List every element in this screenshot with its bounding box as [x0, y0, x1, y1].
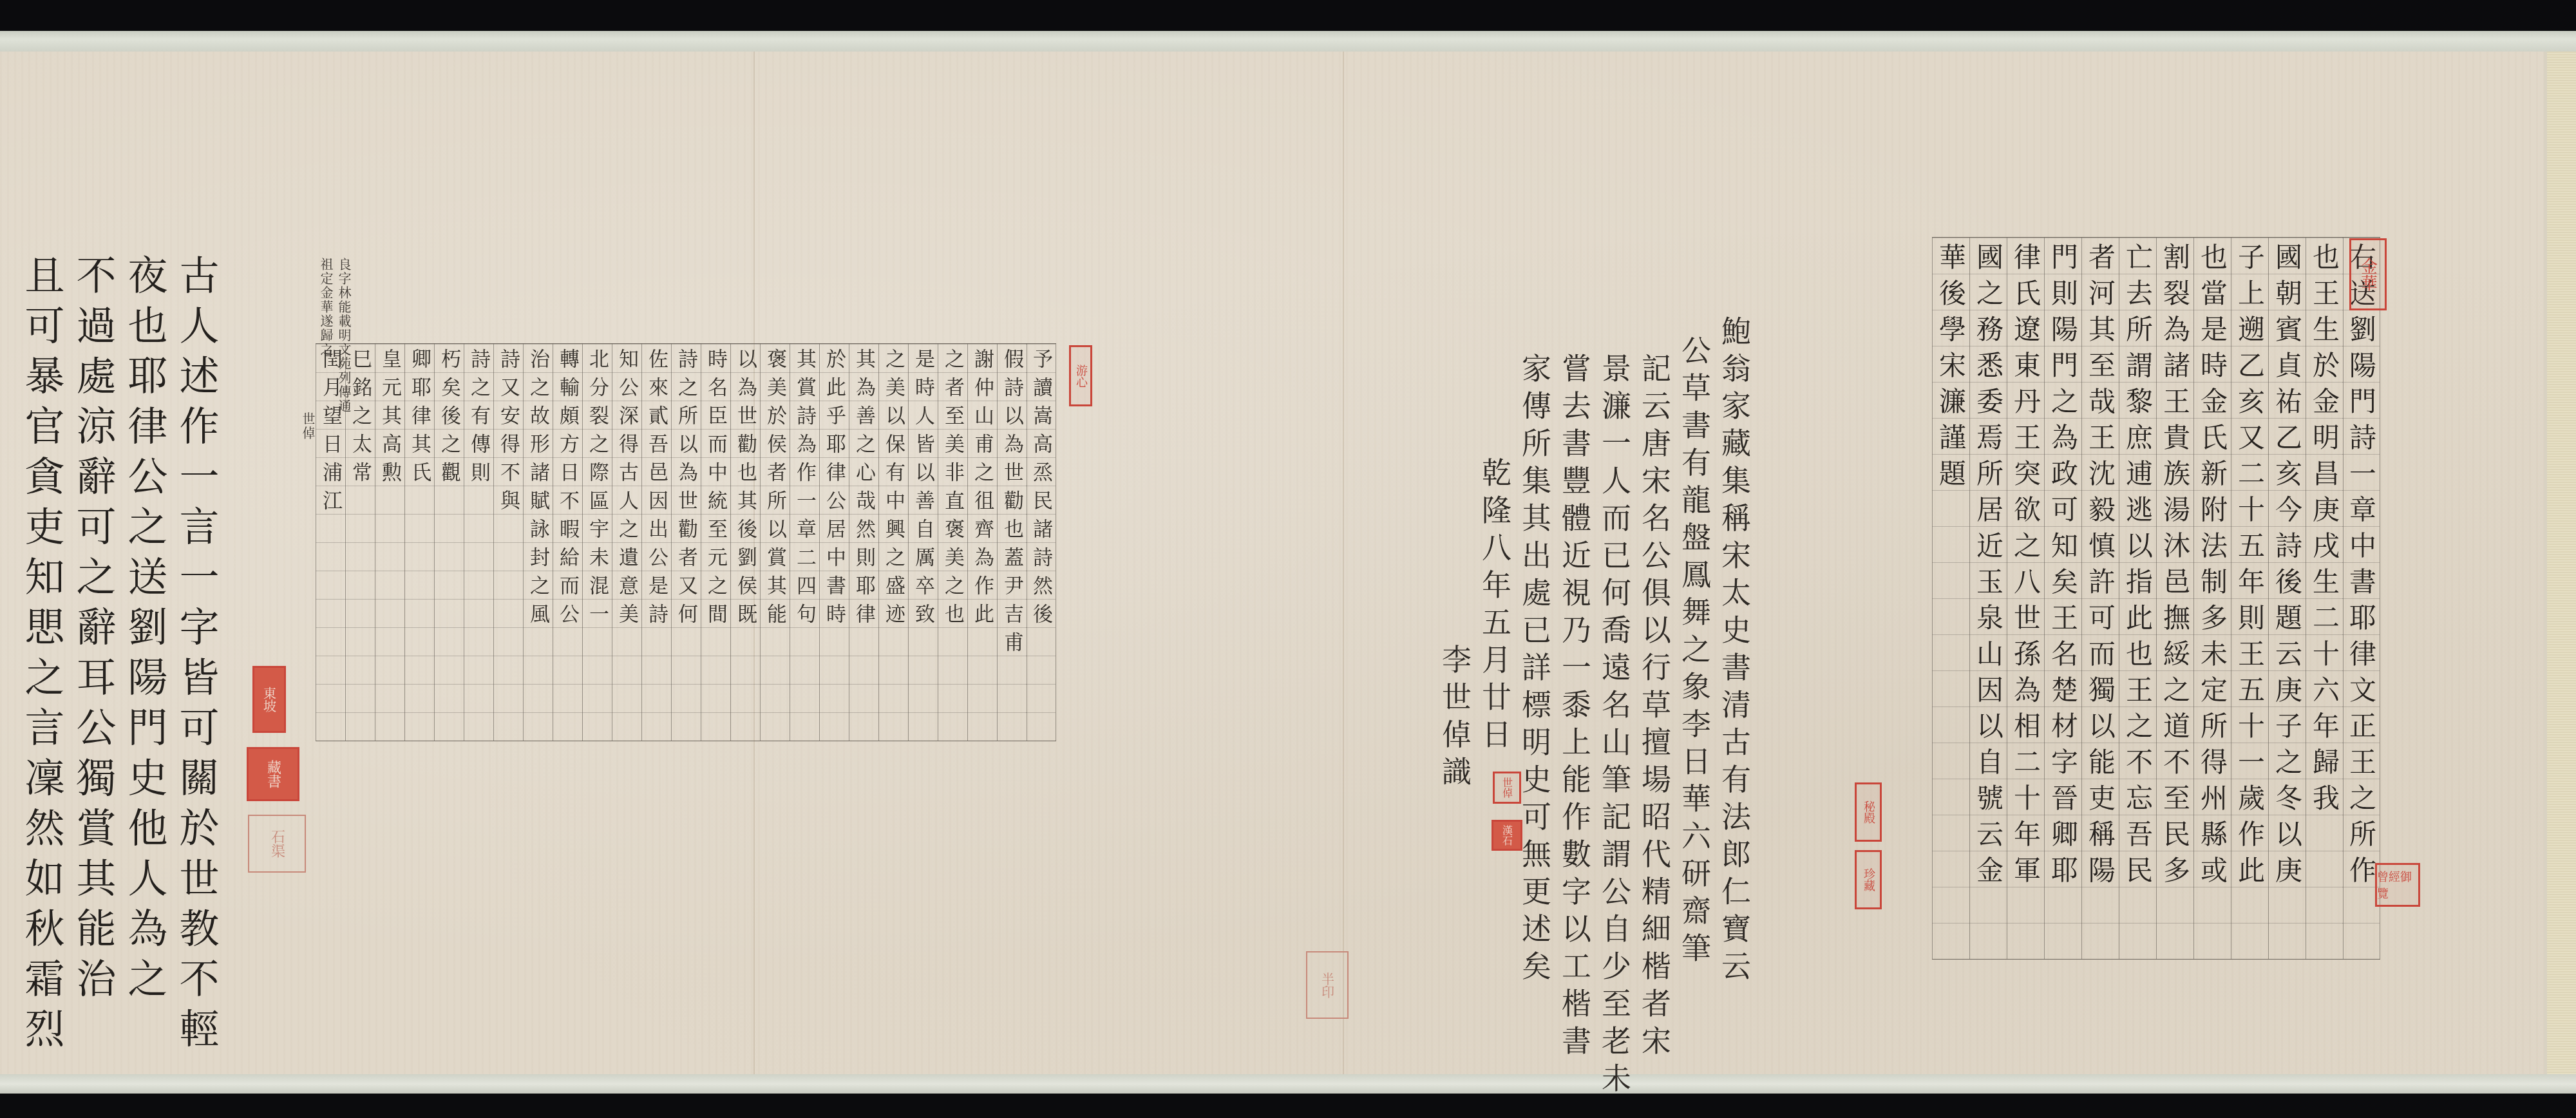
character-cell: 毅 [2081, 490, 2119, 526]
character-cell: 其 [375, 401, 404, 429]
character-cell: 後 [1932, 274, 1969, 310]
character-cell: 祐 [2268, 382, 2306, 418]
character-cell: 軍 [2007, 851, 2044, 887]
character-cell: 可 [2044, 490, 2081, 526]
character-cell: 詩 [464, 344, 493, 372]
character-cell: 不 [493, 457, 523, 486]
character-cell: 之 [523, 571, 553, 599]
character-cell [997, 712, 1027, 741]
character-cell: 心 [849, 457, 878, 486]
character-cell [938, 712, 967, 741]
character-cell [2306, 815, 2343, 851]
character-cell: 慎 [2081, 526, 2119, 562]
character-cell [997, 656, 1027, 684]
character-cell: 日 [553, 457, 582, 486]
character-cell [1932, 815, 1969, 851]
character-cell: 高 [375, 429, 404, 457]
character-cell [701, 684, 730, 712]
character-cell: 非 [938, 457, 967, 486]
character-cell: 詩 [997, 372, 1027, 401]
character-cell [404, 712, 434, 741]
character-cell: 盛 [878, 571, 908, 599]
character-cell: 皆 [908, 429, 938, 457]
character-cell [1969, 923, 2007, 959]
character-cell [1932, 526, 1969, 562]
character-cell: 之 [2044, 382, 2081, 418]
character-cell: 材 [2044, 706, 2081, 743]
character-cell [464, 627, 493, 656]
character-cell: 得 [493, 429, 523, 457]
character-cell: 氏 [404, 457, 434, 486]
character-cell: 後 [434, 401, 464, 429]
character-cell: 安 [493, 401, 523, 429]
character-cell: 氏 [2007, 274, 2044, 310]
character-cell: 名 [2044, 634, 2081, 670]
character-cell [553, 656, 582, 684]
character-cell: 嵩 [1026, 401, 1056, 429]
character-cell: 政 [2044, 454, 2081, 490]
text-column: 且可暴官貪吏知愳之言凜然如秋霜烈 [13, 254, 70, 1058]
character-cell: 族 [2156, 454, 2193, 490]
character-cell: 可 [2081, 598, 2119, 634]
character-cell: 二 [2231, 454, 2268, 490]
character-cell [730, 684, 760, 712]
character-cell: 公 [641, 542, 671, 571]
character-cell: 皇 [375, 344, 404, 372]
character-cell: 美 [612, 599, 641, 627]
seal-left-grid: 游心 [1069, 345, 1092, 406]
character-cell [1932, 743, 1969, 779]
character-cell: 來 [641, 372, 671, 401]
character-cell: 或 [2193, 851, 2231, 887]
character-cell: 有 [464, 401, 493, 429]
character-cell: 也 [2306, 238, 2343, 274]
character-cell [641, 712, 671, 741]
character-cell: 厲 [908, 542, 938, 571]
character-cell [2119, 887, 2156, 923]
character-cell: 也 [938, 599, 967, 627]
character-cell: 四 [790, 571, 819, 599]
text-column: 佐來貳吾邑因出公是詩 [641, 344, 671, 741]
character-cell [2306, 923, 2343, 959]
character-cell: 獨 [2081, 670, 2119, 706]
character-cell: 為 [2044, 418, 2081, 454]
character-cell: 定 [2193, 670, 2231, 706]
character-cell: 章 [790, 514, 819, 542]
character-cell [375, 599, 404, 627]
character-cell: 甫 [997, 627, 1027, 656]
character-cell [316, 599, 345, 627]
character-cell [434, 712, 464, 741]
character-cell [878, 656, 908, 684]
character-cell: 詩 [790, 401, 819, 429]
text-column: 謝仲山甫之徂齊為作此 [967, 344, 997, 741]
character-cell [404, 514, 434, 542]
paper-join-seam [1343, 52, 1344, 1074]
character-cell [464, 514, 493, 542]
character-cell: 名 [701, 372, 730, 401]
character-cell: 逃 [2119, 490, 2156, 526]
character-cell [760, 656, 790, 684]
text-column: 夜也耶律公之送劉陽門史他人為之 [116, 254, 173, 1008]
character-cell: 褒 [938, 514, 967, 542]
character-cell: 此 [967, 599, 997, 627]
character-cell [553, 627, 582, 656]
character-cell: 為 [2007, 670, 2044, 706]
character-cell: 所 [2119, 310, 2156, 346]
character-cell [493, 656, 523, 684]
character-cell: 之 [2342, 779, 2380, 815]
character-cell: 邑 [2156, 562, 2193, 598]
text-column: 亡去所謂黎庶逋逃以指此也王之不忘吾民 [2119, 238, 2156, 959]
character-cell: 時 [819, 599, 849, 627]
character-cell [316, 514, 345, 542]
character-cell [523, 656, 553, 684]
character-cell: 公 [612, 372, 641, 401]
character-cell: 治 [523, 344, 553, 372]
character-cell: 書 [819, 571, 849, 599]
character-cell: 相 [2007, 706, 2044, 743]
text-column: 詩又安得不與 [493, 344, 523, 741]
character-cell: 混 [582, 571, 612, 599]
seal-left-2: 藏書 [247, 747, 299, 801]
character-cell: 分 [582, 372, 612, 401]
character-cell: 中 [819, 542, 849, 571]
character-cell [375, 656, 404, 684]
character-cell: 勸 [730, 429, 760, 457]
character-cell: 之 [2007, 526, 2044, 562]
text-column: 治之故形諸賦詠封之風 [523, 344, 553, 741]
character-cell: 號 [1969, 779, 2007, 815]
character-cell: 字 [2044, 743, 2081, 779]
character-cell: 不 [2156, 743, 2193, 779]
character-cell: 諸 [1026, 514, 1056, 542]
character-cell: 民 [2156, 815, 2193, 851]
character-cell: 晉 [2044, 779, 2081, 815]
character-cell: 美 [760, 372, 790, 401]
character-cell: 十 [2231, 490, 2268, 526]
character-cell [730, 712, 760, 741]
character-cell: 後 [730, 514, 760, 542]
character-cell: 所 [2193, 706, 2231, 743]
character-cell: 陽 [2081, 851, 2119, 887]
character-cell: 居 [1969, 490, 2007, 526]
character-cell: 道 [2156, 706, 2193, 743]
character-cell: 句 [790, 599, 819, 627]
character-cell: 生 [2306, 310, 2343, 346]
text-column: 北分裂之際區宇未混一 [582, 344, 612, 741]
character-cell: 子 [2231, 238, 2268, 274]
character-cell: 尹 [997, 571, 1027, 599]
character-cell: 門 [2342, 382, 2380, 418]
character-cell: 賦 [523, 486, 553, 514]
character-cell [819, 656, 849, 684]
character-cell: 時 [2193, 346, 2231, 382]
character-cell: 吾 [2119, 815, 2156, 851]
character-cell: 又 [671, 571, 701, 599]
character-cell [345, 571, 375, 599]
character-cell: 美 [938, 542, 967, 571]
character-cell: 然 [1026, 571, 1056, 599]
character-cell [2193, 923, 2231, 959]
character-cell: 亥 [2268, 454, 2306, 490]
character-cell [1932, 923, 1969, 959]
character-cell: 又 [493, 372, 523, 401]
character-cell: 民 [1026, 486, 1056, 514]
character-cell: 深 [612, 401, 641, 429]
character-cell: 我 [2306, 779, 2343, 815]
character-cell: 褒 [760, 344, 790, 372]
character-cell: 近 [1969, 526, 2007, 562]
character-cell: 歸 [2306, 743, 2343, 779]
text-column: 割裂為諸王貴族湯沐邑撫綏之道不至民多 [2156, 238, 2193, 959]
character-cell: 八 [2007, 562, 2044, 598]
character-cell: 有 [878, 457, 908, 486]
character-cell: 詩 [2268, 526, 2306, 562]
character-cell: 題 [1932, 454, 1969, 490]
character-cell [790, 627, 819, 656]
bottom-mounting-silk [0, 1074, 2576, 1094]
text-column: 祖定金華遂歸之 [317, 258, 336, 357]
character-cell [434, 571, 464, 599]
text-column: 世倬 [299, 412, 317, 441]
character-cell: 佐 [641, 344, 671, 372]
character-cell: 年 [2231, 562, 2268, 598]
character-cell: 至 [2156, 779, 2193, 815]
character-cell: 其 [790, 344, 819, 372]
character-cell: 以 [1969, 706, 2007, 743]
character-cell [790, 656, 819, 684]
character-cell: 仲 [967, 372, 997, 401]
character-cell [612, 656, 641, 684]
character-cell: 指 [2119, 562, 2156, 598]
character-cell: 河 [2081, 274, 2119, 310]
character-cell: 二 [790, 542, 819, 571]
character-cell: 撫 [2156, 598, 2193, 634]
character-cell [641, 656, 671, 684]
character-cell: 欲 [2007, 490, 2044, 526]
character-cell: 致 [908, 599, 938, 627]
character-cell: 謹 [1932, 418, 1969, 454]
character-cell: 詩 [641, 599, 671, 627]
character-cell: 此 [819, 372, 849, 401]
character-cell: 突 [2007, 454, 2044, 490]
character-cell: 興 [878, 514, 908, 542]
character-cell: 而 [553, 571, 582, 599]
character-cell: 暇 [553, 514, 582, 542]
character-cell [671, 684, 701, 712]
character-cell: 遼 [2007, 310, 2044, 346]
character-cell [1932, 887, 1969, 923]
character-cell: 輸 [553, 372, 582, 401]
character-cell [819, 712, 849, 741]
character-cell: 遡 [2231, 310, 2268, 346]
character-cell: 於 [2306, 346, 2343, 382]
character-cell [612, 712, 641, 741]
character-cell: 五 [2231, 670, 2268, 706]
character-cell: 其 [730, 486, 760, 514]
character-cell [701, 712, 730, 741]
character-cell: 制 [2193, 562, 2231, 598]
character-cell [2156, 887, 2193, 923]
character-cell [316, 571, 345, 599]
character-cell: 年 [2306, 706, 2343, 743]
character-cell [701, 656, 730, 684]
character-cell: 亡 [2119, 238, 2156, 274]
character-cell: 烝 [1026, 457, 1056, 486]
character-cell: 學 [1932, 310, 1969, 346]
character-cell: 之 [938, 571, 967, 599]
character-cell: 沈 [2081, 454, 2119, 490]
character-cell [493, 599, 523, 627]
character-cell: 吉 [997, 599, 1027, 627]
character-cell: 之 [878, 542, 908, 571]
character-cell [345, 684, 375, 712]
character-cell [849, 627, 878, 656]
character-cell [375, 684, 404, 712]
character-cell: 王 [2007, 418, 2044, 454]
character-cell: 風 [523, 599, 553, 627]
text-column: 予讀嵩高烝民諸詩然後 [1027, 344, 1056, 741]
character-cell [760, 712, 790, 741]
character-cell: 為 [2156, 310, 2193, 346]
character-cell: 然 [849, 514, 878, 542]
character-cell: 於 [760, 401, 790, 429]
character-cell [849, 684, 878, 712]
character-cell: 所 [1969, 454, 2007, 490]
character-cell: 侯 [760, 429, 790, 457]
character-cell: 也 [2193, 238, 2231, 274]
character-cell: 貞 [2268, 346, 2306, 382]
character-cell: 矣 [434, 372, 464, 401]
text-column: 褒美於侯者所以賞其能 [760, 344, 790, 741]
character-cell: 後 [2268, 562, 2306, 598]
character-cell [345, 656, 375, 684]
character-cell: 氏 [2193, 418, 2231, 454]
character-cell: 戌 [2306, 526, 2343, 562]
character-cell: 保 [878, 429, 908, 457]
character-cell [404, 684, 434, 712]
character-cell: 勸 [671, 514, 701, 542]
character-cell: 王 [2342, 743, 2380, 779]
character-cell: 耶 [849, 571, 878, 599]
character-cell: 卿 [404, 344, 434, 372]
character-cell: 二 [2007, 743, 2044, 779]
character-cell: 王 [2231, 634, 2268, 670]
character-cell: 詩 [1026, 542, 1056, 571]
character-cell [493, 514, 523, 542]
character-cell [938, 656, 967, 684]
character-cell: 甫 [967, 429, 997, 457]
character-cell: 云 [2268, 634, 2306, 670]
text-column: 之美以保有中興之盛迹 [878, 344, 908, 741]
character-cell [375, 627, 404, 656]
character-cell: 宋 [1932, 346, 1969, 382]
character-cell [316, 542, 345, 571]
character-cell: 州 [2193, 779, 2231, 815]
seal-seam-1: 秘殿 [1855, 782, 1882, 842]
character-cell: 與 [493, 486, 523, 514]
character-cell [582, 656, 612, 684]
character-cell: 金 [1969, 851, 2007, 887]
character-cell: 其 [849, 344, 878, 372]
character-cell [345, 627, 375, 656]
character-cell: 北 [582, 344, 612, 372]
character-cell [375, 486, 404, 514]
character-cell: 之 [671, 372, 701, 401]
seal-top-right: 金華 [2349, 238, 2387, 310]
character-cell: 一 [2342, 454, 2380, 490]
character-cell: 門 [2044, 346, 2081, 382]
character-cell: 又 [2231, 418, 2268, 454]
character-cell: 此 [2231, 851, 2268, 887]
text-column: 家傳所集其出處已詳標明史可無更述矣 [1513, 353, 1556, 988]
character-cell: 貳 [641, 401, 671, 429]
character-cell [1026, 684, 1056, 712]
character-cell: 金 [2306, 382, 2343, 418]
character-cell [2119, 923, 2156, 959]
character-cell: 常 [345, 457, 375, 486]
character-cell [997, 684, 1027, 712]
character-cell: 則 [2231, 598, 2268, 634]
seal-left-3: 石渠 [248, 815, 306, 873]
character-cell [878, 627, 908, 656]
character-cell [819, 627, 849, 656]
character-cell [493, 571, 523, 599]
character-cell: 諸 [2156, 346, 2193, 382]
character-cell: 封 [523, 542, 553, 571]
character-cell: 所 [671, 401, 701, 429]
character-cell [790, 712, 819, 741]
character-cell [434, 656, 464, 684]
text-column: 皇元其高勲 [375, 344, 404, 741]
character-cell [493, 712, 523, 741]
character-cell: 其 [2081, 310, 2119, 346]
character-cell: 去 [2119, 274, 2156, 310]
character-cell: 卿 [2044, 815, 2081, 851]
character-cell: 高 [1026, 429, 1056, 457]
character-cell: 居 [819, 514, 849, 542]
text-column: 國之務悉委焉所居近玉泉山因以自號云金 [1969, 238, 2007, 959]
text-column: 之者至美非直褒美之也 [938, 344, 967, 741]
character-cell: 庚 [2306, 490, 2343, 526]
character-cell: 庚 [2268, 851, 2306, 887]
character-cell [908, 627, 938, 656]
seal-collector-square: 曾經御覽 [2375, 863, 2420, 907]
character-cell: 知 [612, 344, 641, 372]
character-cell: 之 [2268, 743, 2306, 779]
character-cell [819, 684, 849, 712]
character-cell: 轉 [553, 344, 582, 372]
character-cell: 之 [938, 344, 967, 372]
character-cell [1932, 634, 1969, 670]
text-column: 者河其至哉王沈毅慎許可而獨以能吏稱陽 [2081, 238, 2119, 959]
character-cell: 庚 [2268, 670, 2306, 706]
character-cell: 遺 [612, 542, 641, 571]
character-cell: 不 [2119, 743, 2156, 779]
text-column: 律氏遼東丹王突欲之八世孫為相二十年軍 [2007, 238, 2044, 959]
character-cell: 焉 [1969, 418, 2007, 454]
text-column: 門則陽門之為政可知矣王名楚材字晉卿耶 [2044, 238, 2081, 959]
character-cell: 迹 [878, 599, 908, 627]
character-cell: 年 [2007, 815, 2044, 851]
character-cell: 時 [908, 372, 938, 401]
gridded-colophon-song-lian: 右送劉陽門詩一章中書耶律文正王之所作也王生於金明昌庚戌生二十六年歸我國朝賓貞祐乙… [1932, 237, 2380, 960]
character-cell: 陽 [2342, 346, 2380, 382]
character-cell: 間 [701, 599, 730, 627]
character-cell: 以 [2119, 526, 2156, 562]
character-cell: 耶 [2342, 598, 2380, 634]
